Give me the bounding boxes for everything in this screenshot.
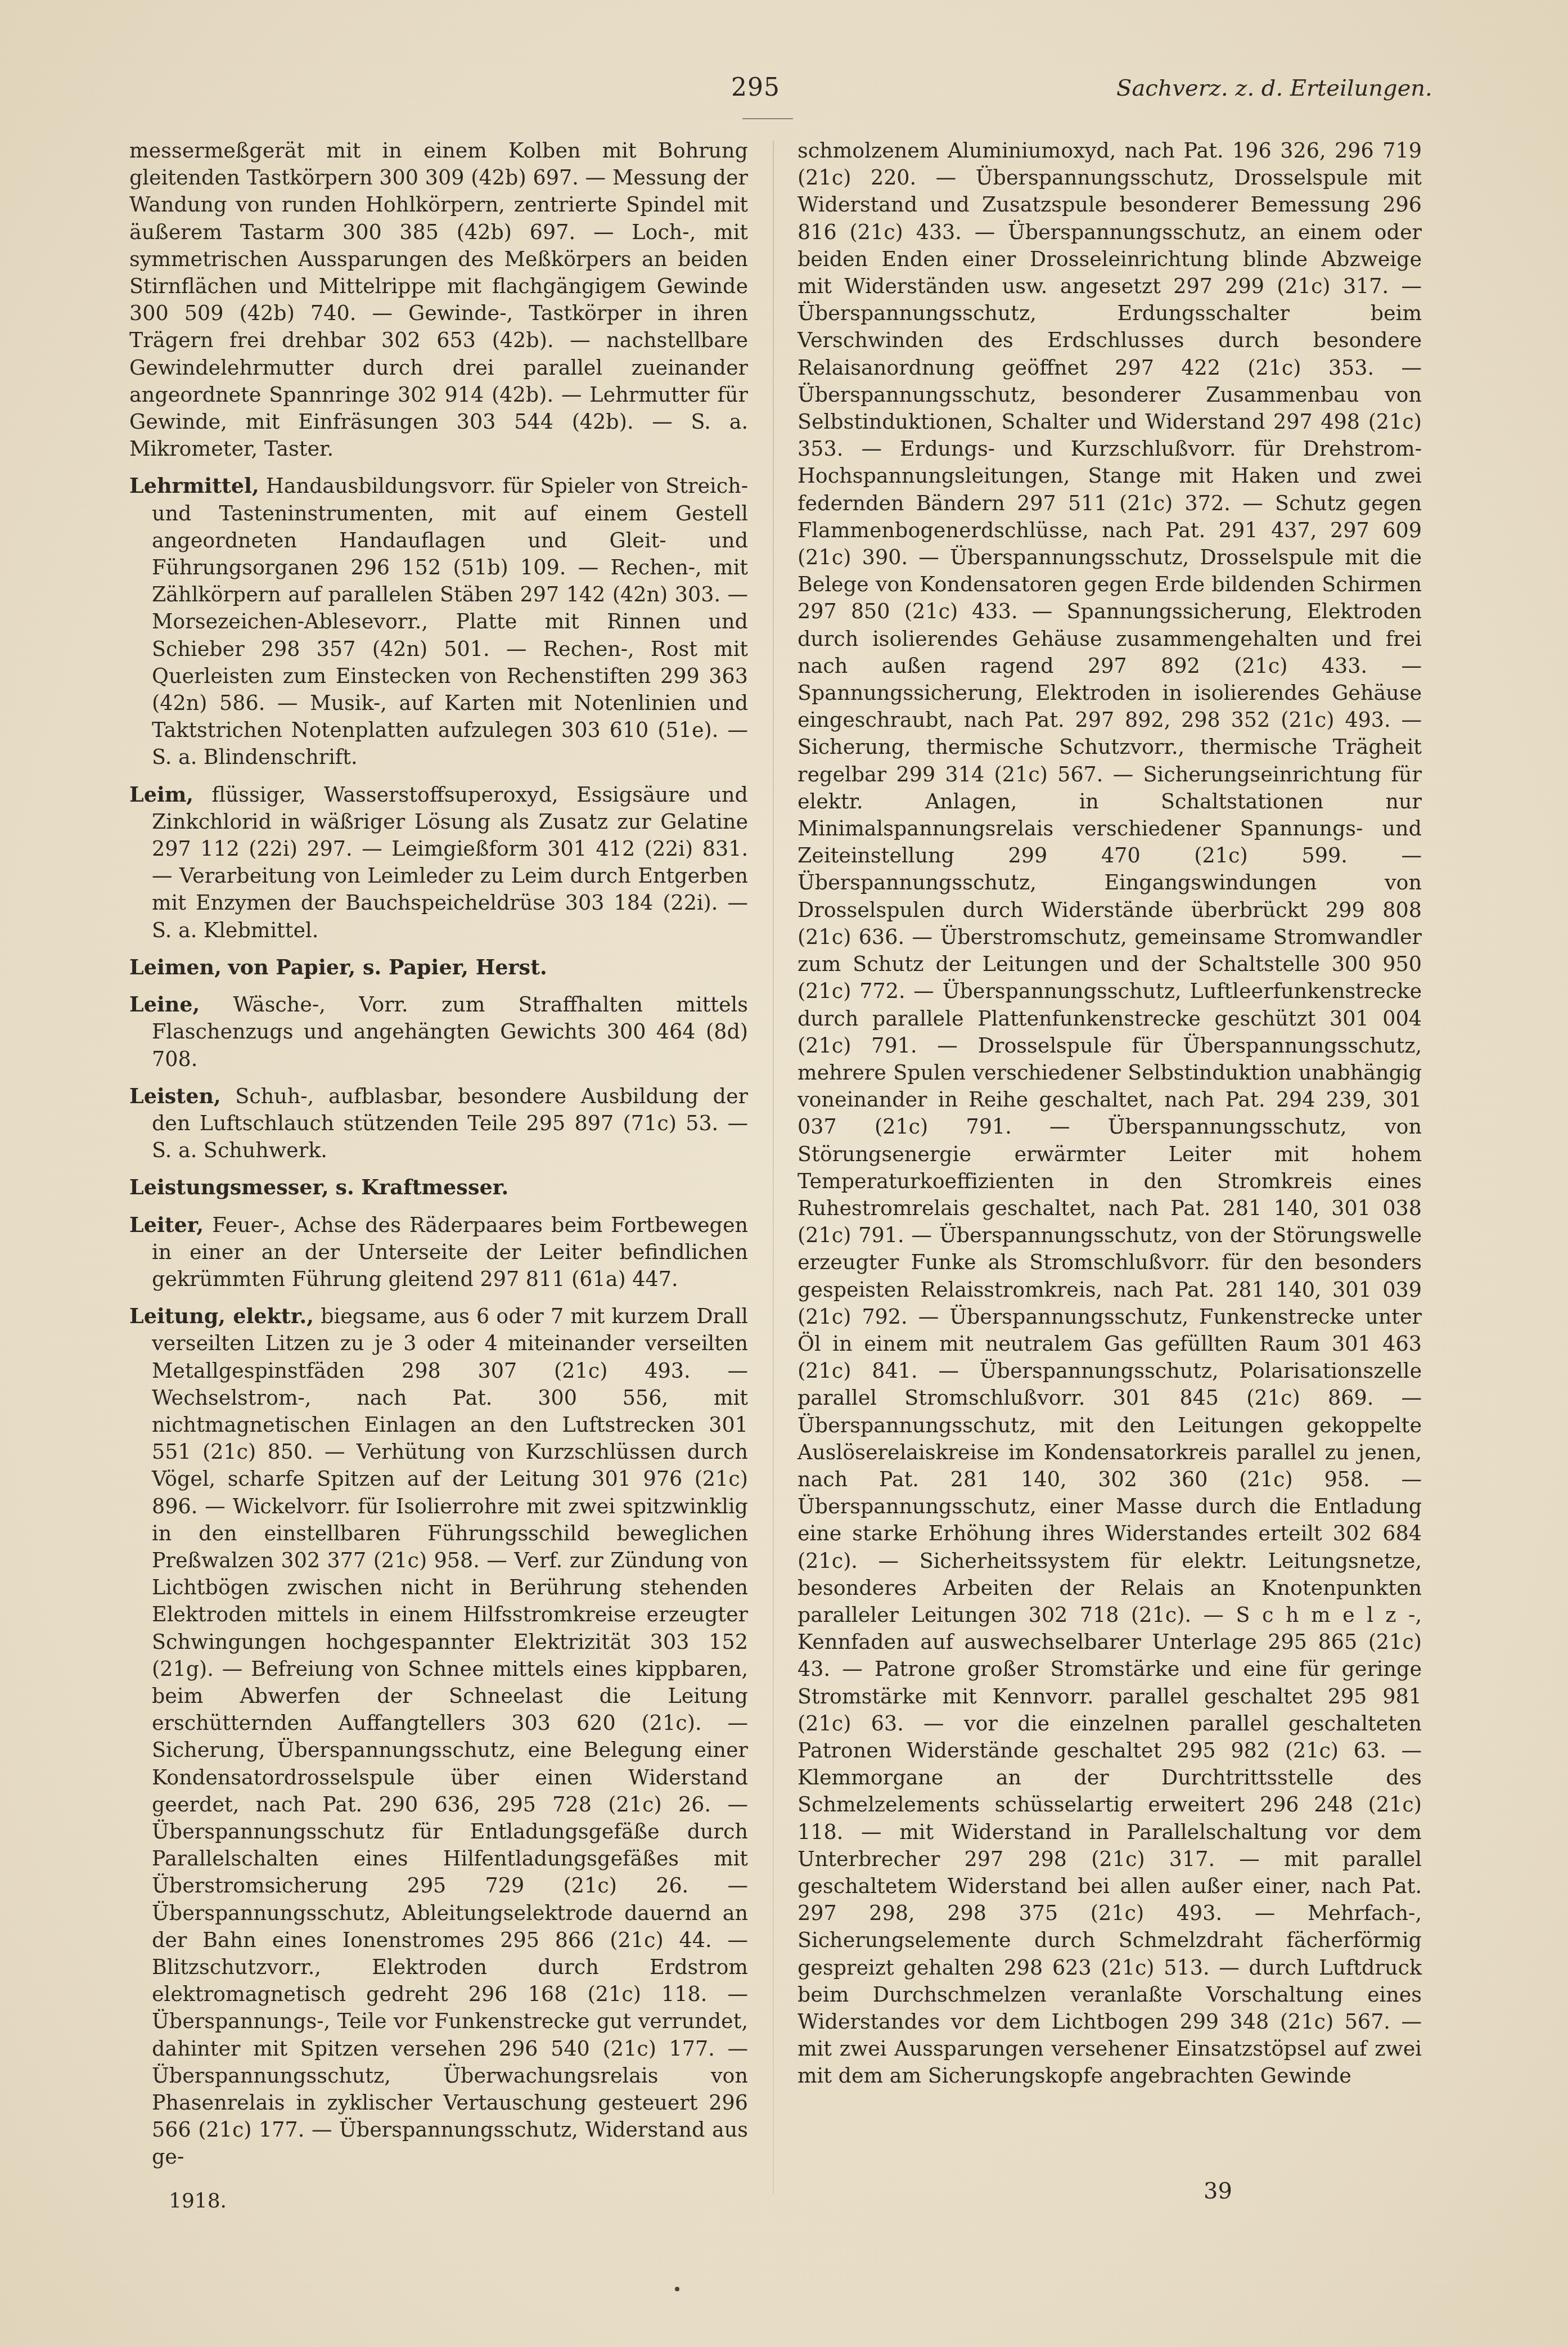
entry-lemma: Leiter, xyxy=(129,1213,204,1237)
index-entry-leisten: Leisten, Schuh-, aufblasbar, besondere A… xyxy=(129,1083,748,1164)
index-entry-leine: Leine, Wäsche-, Vorr. zum Straffhalten m… xyxy=(129,991,748,1073)
footer-sheet-number: 39 xyxy=(1204,2178,1232,2204)
footer-year: 1918. xyxy=(169,2189,227,2213)
entry-lemma: Leitung, elektr., xyxy=(129,1304,314,1328)
entry-lemma: Leimen, xyxy=(129,955,222,979)
index-entry-lehrmittel: Lehrmittel, Handausbildungsvorr. für Spi… xyxy=(129,473,748,771)
entry-lemma: Leistungsmesser, xyxy=(129,1175,329,1199)
entry-text: schmolzenem Aluminiumoxyd, nach Pat. 196… xyxy=(797,138,1422,2088)
index-entry-leiter: Leiter, Feuer-, Achse des Räderpaares be… xyxy=(129,1212,748,1293)
entry-text: Wäsche-, Vorr. zum Straffhalten mittels … xyxy=(152,992,748,1071)
right-column: schmolzenem Aluminiumoxyd, nach Pat. 196… xyxy=(797,137,1422,2100)
index-entry-leistungsmesser: Leistungsmesser, s. Kraftmesser. xyxy=(129,1174,748,1201)
entry-text: Feuer-, Achse des Räderpaares beim Fortb… xyxy=(152,1213,748,1291)
entry-lemma: Leine, xyxy=(129,992,200,1017)
entry-lemma: Lehrmittel, xyxy=(129,474,259,498)
entry-text: Handausbildungsvorr. für Spieler von Str… xyxy=(152,474,748,769)
entry-lemma: Leisten, xyxy=(129,1084,221,1108)
entry-text: biegsame, aus 6 oder 7 mit kurzem Drall … xyxy=(152,1304,748,2169)
index-entry-continuation: schmolzenem Aluminiumoxyd, nach Pat. 196… xyxy=(797,137,1422,2090)
print-speck xyxy=(675,2287,679,2291)
index-entry-leimen: Leimen, von Papier, s. Papier, Herst. xyxy=(129,954,748,981)
column-divider xyxy=(773,141,774,2194)
left-column: messermeßgerät mit in einem Kolben mit B… xyxy=(129,137,748,2181)
entry-text: flüssiger, Wasserstoffsuperoxyd, Essigsä… xyxy=(152,783,748,942)
entry-text: messermeßgerät mit in einem Kolben mit B… xyxy=(129,138,748,461)
entry-lemma: Leim, xyxy=(129,783,193,807)
entry-text: Schuh-, aufblasbar, besondere Ausbildung… xyxy=(152,1084,748,1162)
index-entry-leitung-elektr: Leitung, elektr., biegsame, aus 6 oder 7… xyxy=(129,1303,748,2171)
page-number: 295 xyxy=(731,73,780,102)
index-entry-leim: Leim, flüssiger, Wasserstoffsuperoxyd, E… xyxy=(129,781,748,944)
index-entry-continuation: messermeßgerät mit in einem Kolben mit B… xyxy=(129,137,748,462)
section-title: Sachverz. z. d. Erteilungen. xyxy=(1116,75,1432,101)
entry-crossref: s. Kraftmesser. xyxy=(335,1175,508,1199)
entry-crossref: von Papier, s. Papier, Herst. xyxy=(228,955,547,979)
running-head: 295 Sachverz. z. d. Erteilungen. xyxy=(0,69,1568,108)
header-rule xyxy=(742,118,793,119)
document-page: 295 Sachverz. z. d. Erteilungen. messerm… xyxy=(0,0,1568,2347)
